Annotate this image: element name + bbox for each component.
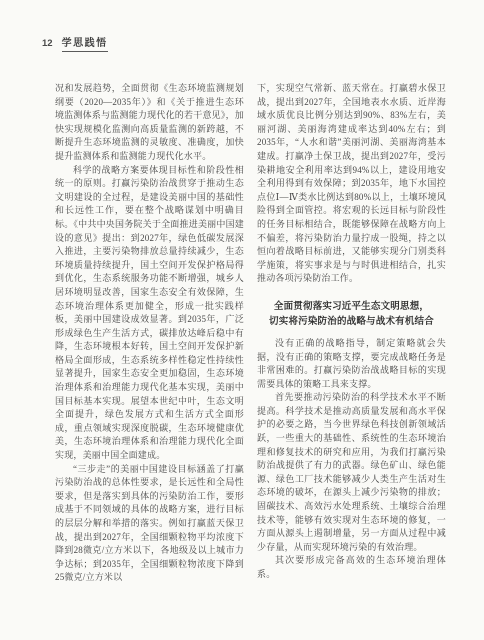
paragraph: 况和发展趋势，全面贯彻《生态环境监测规划纲要（2020—2035年）》和《关于推… xyxy=(55,82,244,164)
paragraph: 没有正确的战略指导，制定策略就会失据，没有正确的策略支撑，要完成战略任务是非常困… xyxy=(257,337,446,391)
page-number: 12 xyxy=(42,38,53,49)
page-header: 12 学思践悟 xyxy=(42,34,447,52)
section-heading-line-1: 全面贯彻落实习近平生态文明思想， xyxy=(257,300,446,316)
paragraph: 下，实现空气常新、蓝天常在。打赢碧水保卫战，提出到2027年，全国地表水水质、近… xyxy=(257,82,446,286)
running-head: 学思践悟 xyxy=(62,34,108,52)
left-column: 况和发展趋势，全面贯彻《生态环境监测规划纲要（2020—2035年）》和《关于推… xyxy=(55,82,244,585)
section-heading: 全面贯彻落实习近平生态文明思想， 切实将污染防治的战略与战术有机结合 xyxy=(257,300,446,331)
two-column-body: 况和发展趋势，全面贯彻《生态环境监测规划纲要（2020—2035年）》和《关于推… xyxy=(55,82,447,585)
right-column: 下，实现空气常新、蓝天常在。打赢碧水保卫战，提出到2027年，全国地表水水质、近… xyxy=(257,82,446,585)
paragraph: 其次要形成完备高效的生态环境治理体系。 xyxy=(257,554,446,581)
document-page: 12 学思践悟 况和发展趋势，全面贯彻《生态环境监测规划纲要（2020—2035… xyxy=(0,0,484,640)
paragraph: 科学的战略方案要体现目标性和阶段性相统一的原则。打赢污染防治战贯穿于推动生态文明… xyxy=(55,164,244,463)
section-heading-line-2: 切实将污染防治的战略与战术有机结合 xyxy=(257,315,446,331)
paragraph: 首先要推动污染防治的科学技术水平不断提高。科学技术是推动高质量发展和高水平保护的… xyxy=(257,391,446,554)
paragraph: “三步走”的美丽中国建设目标涵盖了打赢污染防治战的总体性要求，是长远性和全局性要… xyxy=(55,463,244,585)
